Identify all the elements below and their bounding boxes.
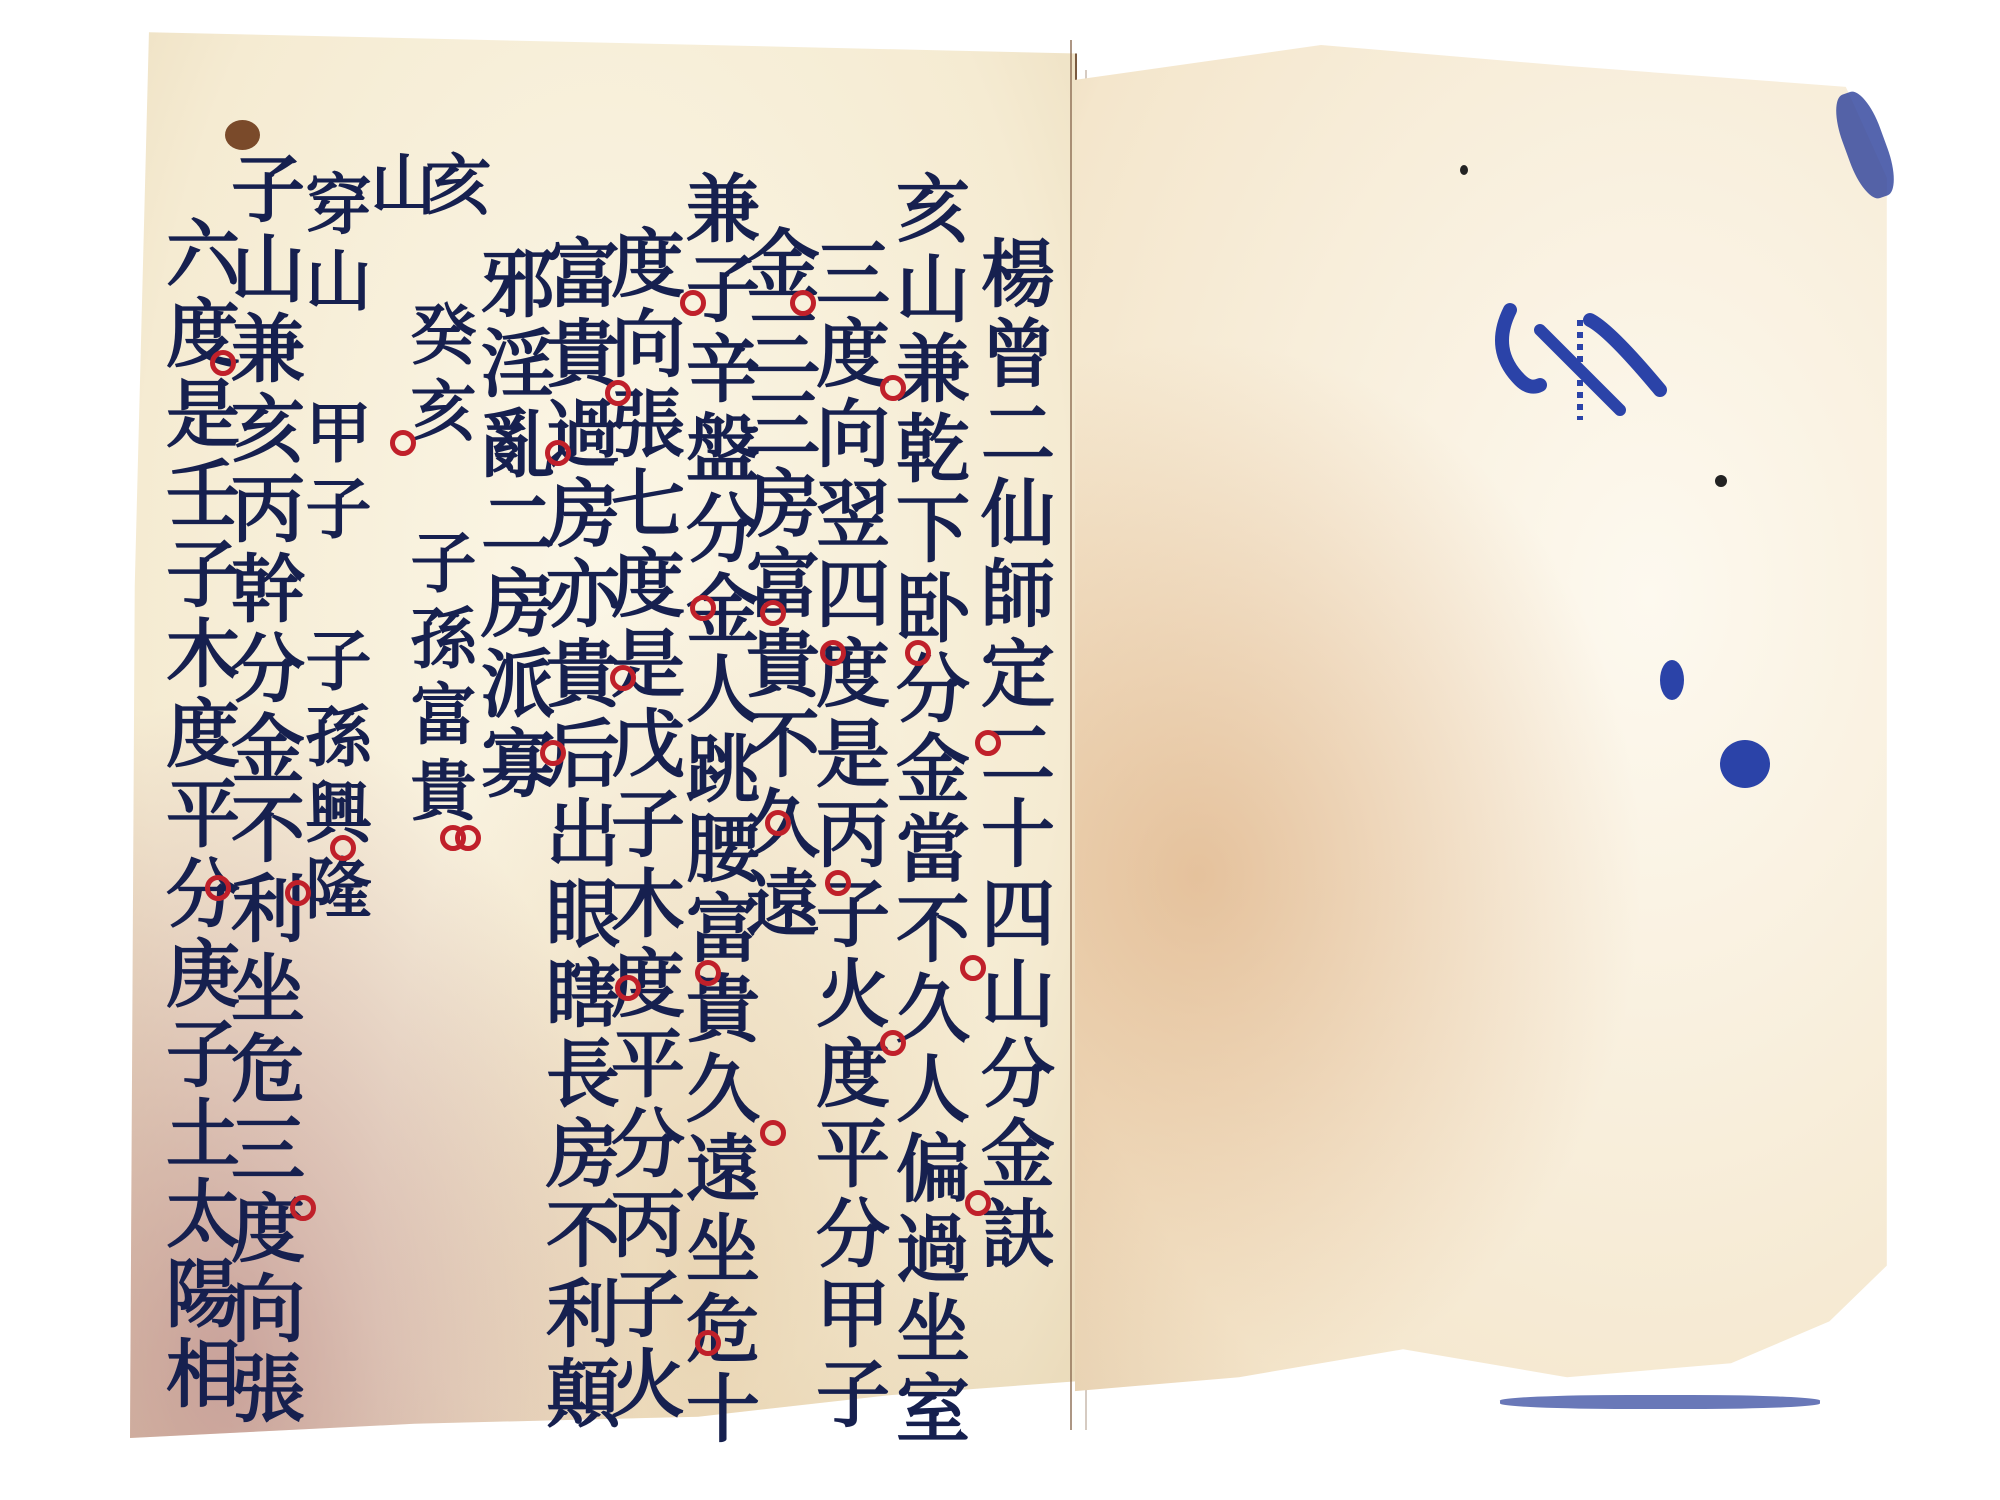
column-8: 邪淫亂二房派寡: [475, 245, 549, 805]
red-circle-mark: [330, 835, 356, 861]
red-circle-mark: [605, 380, 631, 406]
red-circle-mark: [880, 375, 906, 401]
blue-ink-drop: [1660, 660, 1684, 700]
red-circle-mark: [960, 955, 986, 981]
right-page: [1075, 38, 1895, 1433]
column-10: 癸亥 子孫富貴: [405, 300, 471, 832]
red-circle-mark: [905, 640, 931, 666]
red-circle-mark: [825, 870, 851, 896]
red-circle-mark: [760, 600, 786, 626]
column-11-marker: 山: [365, 150, 431, 226]
red-circle-mark: [610, 665, 636, 691]
red-circle-mark: [390, 430, 416, 456]
red-circle-mark: [760, 1120, 786, 1146]
red-circle-mark: [210, 350, 236, 376]
red-circle-mark: [790, 290, 816, 316]
red-circle-mark: [975, 730, 1001, 756]
binding-fold: [1070, 40, 1072, 1430]
red-circle-mark: [540, 740, 566, 766]
brown-stain: [225, 120, 260, 150]
ink-dot: [1715, 475, 1727, 487]
column-12: 穿山 甲子 子孫興隆: [300, 170, 366, 930]
red-circle-mark: [285, 880, 311, 906]
red-circle-mark: [765, 810, 791, 836]
red-circle-mark: [690, 595, 716, 621]
red-circle-mark: [615, 975, 641, 1001]
red-circle-mark: [880, 1030, 906, 1056]
red-circle-mark: [965, 1190, 991, 1216]
column-2: 亥山兼乾下卧分金當不久人偏過坐室: [890, 170, 964, 1450]
blue-brush-glyph-icon: [1470, 290, 1690, 490]
column-14: 六度是壬子木度平分庚子土太陽相: [160, 215, 234, 1415]
manuscript-scan: 楊曾二仙師定二十四山分金訣 亥山兼乾下卧分金當不久人偏過坐室 三度向翌四度是丙子…: [0, 0, 2000, 1500]
column-3: 三度向翌四度是丙子火度平分甲子: [810, 235, 884, 1435]
red-circle-mark: [680, 290, 706, 316]
blue-ink-blot: [1720, 740, 1770, 788]
red-circle-mark: [205, 875, 231, 901]
red-circle-mark: [290, 1195, 316, 1221]
red-circle-mark: [545, 440, 571, 466]
red-circle-mark: [455, 825, 481, 851]
ink-dot: [1460, 165, 1468, 175]
blue-bottom-edge: [1500, 1395, 1820, 1409]
red-circle-mark: [695, 1330, 721, 1356]
column-5: 兼子辛盤分金人跳腰富貴久遠坐危十: [680, 170, 754, 1450]
red-circle-mark: [820, 640, 846, 666]
red-circle-mark: [695, 960, 721, 986]
